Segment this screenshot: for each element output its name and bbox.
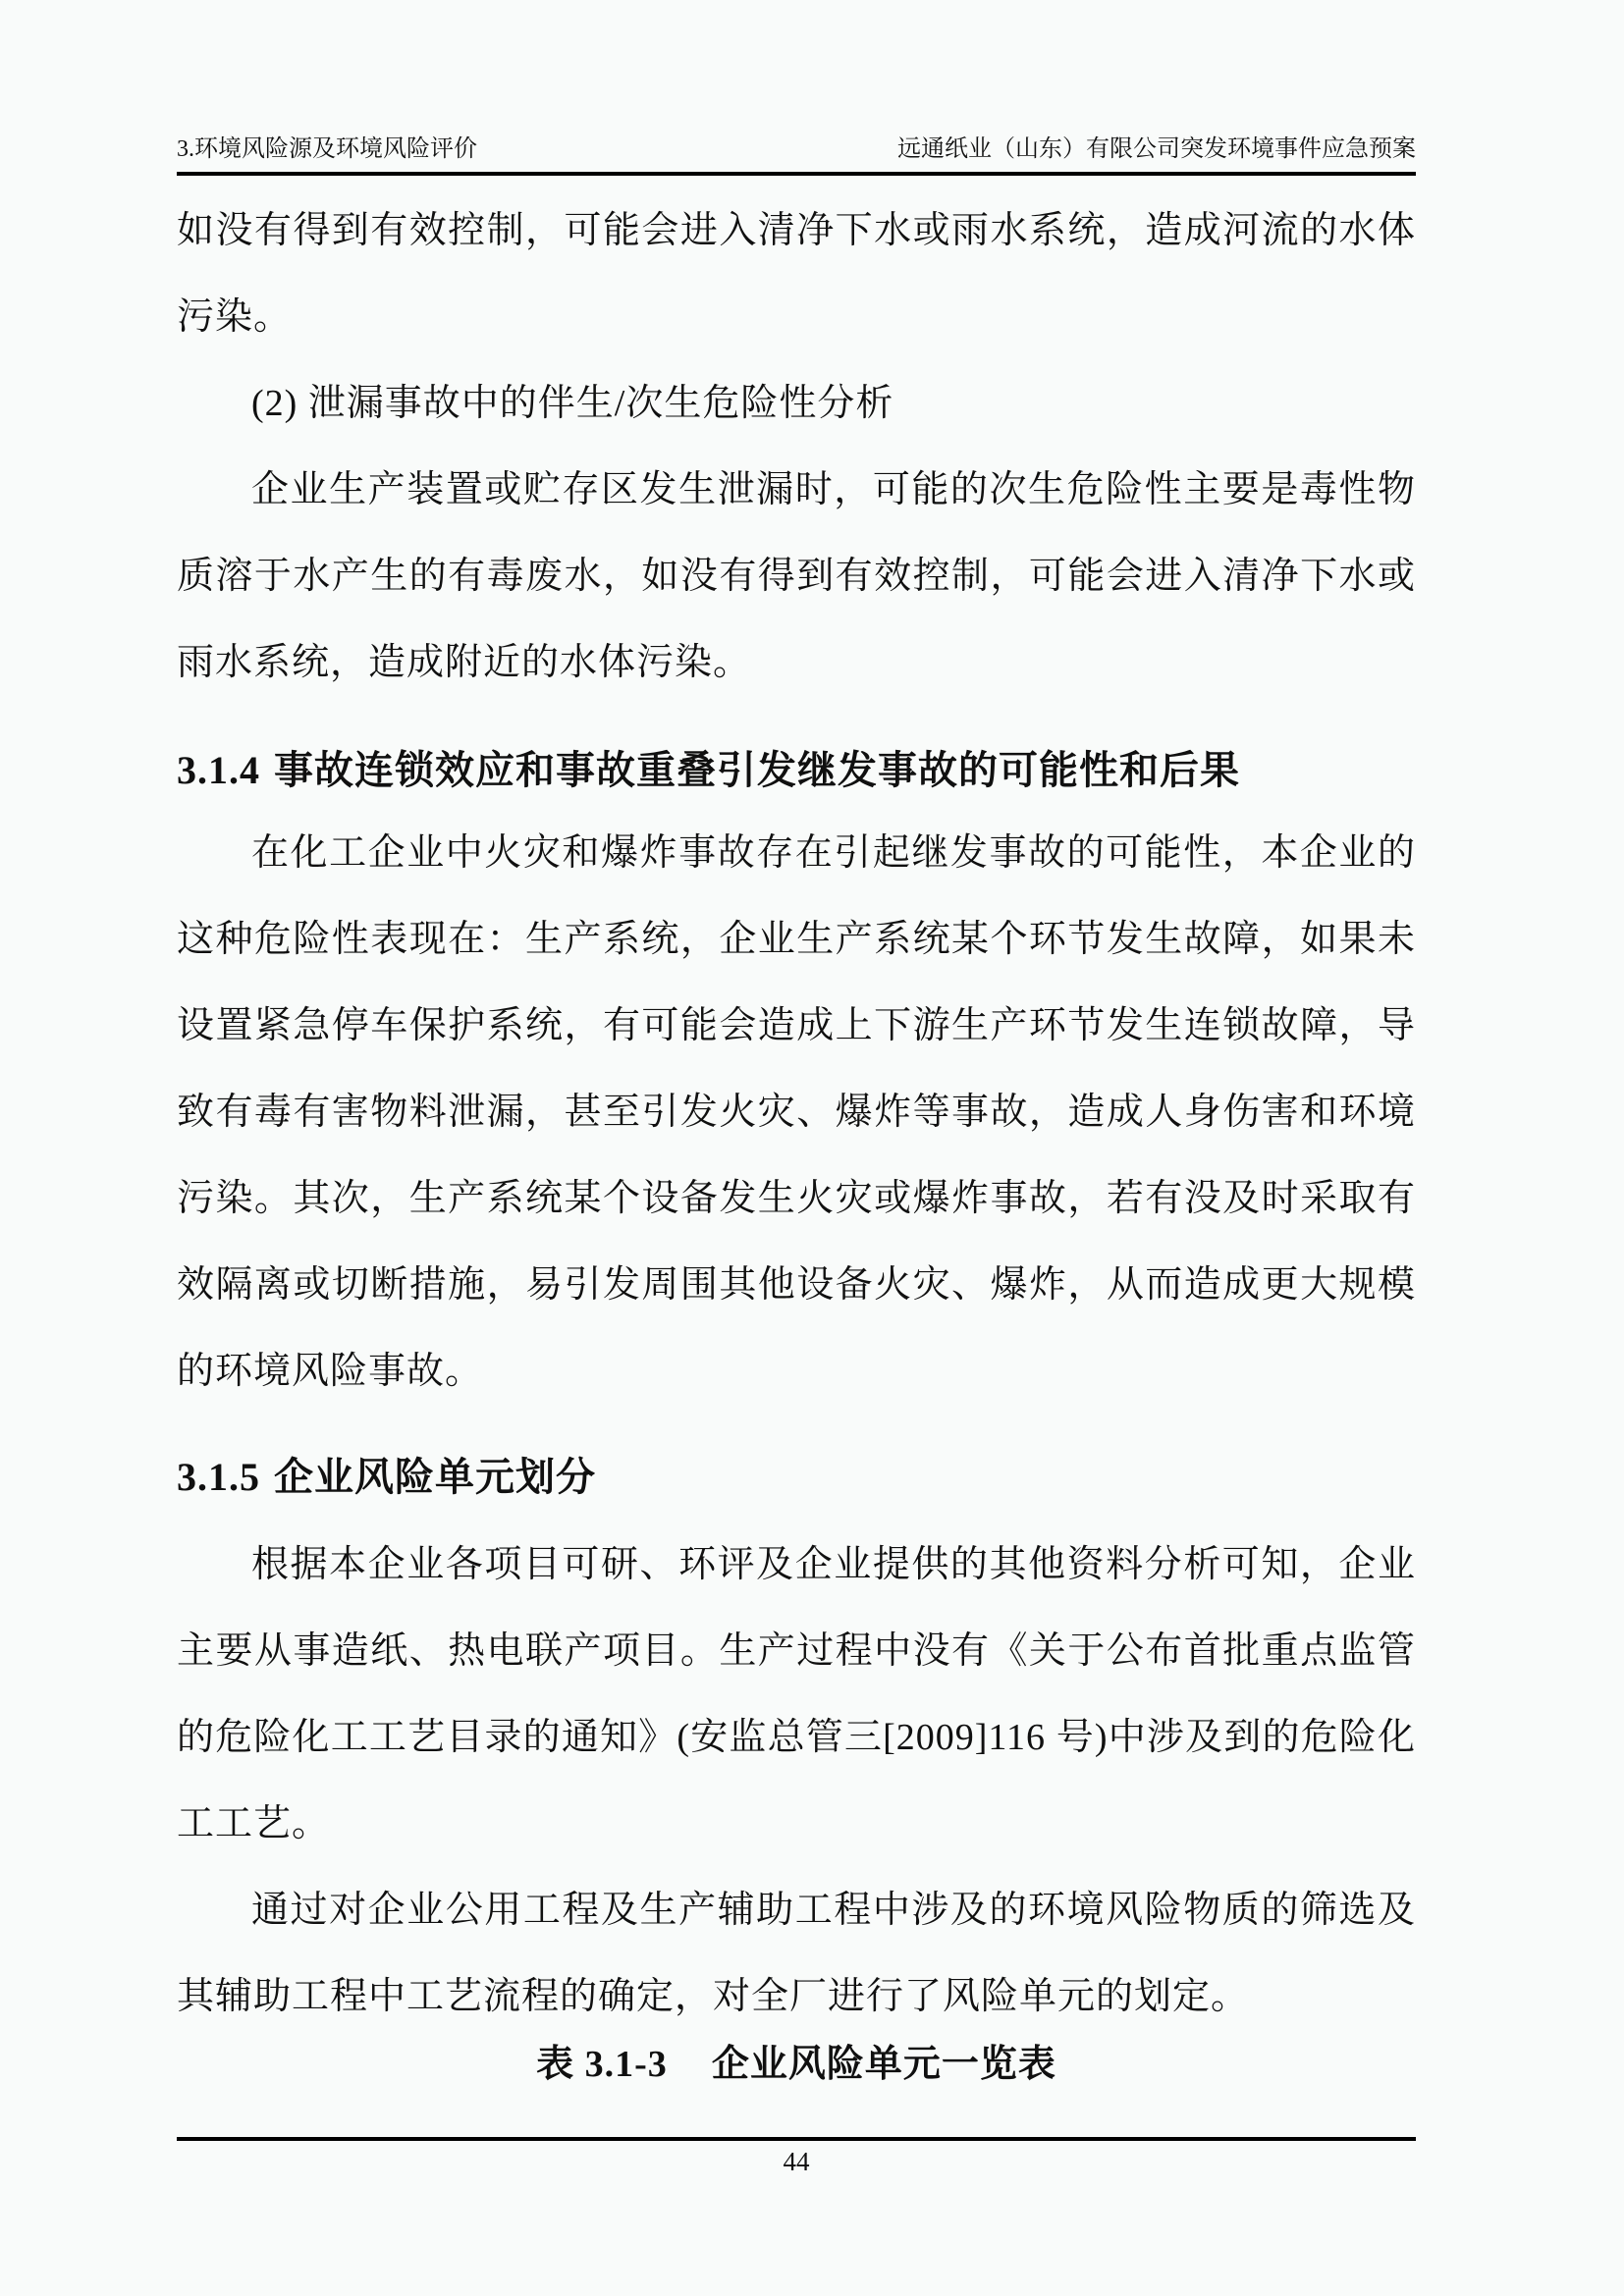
header-chapter-title: 3.环境风险源及环境风险评价 <box>177 135 477 163</box>
section-number: 3.1.4 <box>177 748 260 792</box>
section-title: 企业风险单元划分 <box>274 1455 596 1499</box>
section-number: 3.1.5 <box>177 1455 260 1499</box>
document-page: 3.环境风险源及环境风险评价 远通纸业（山东）有限公司突发环境事件应急预案 如没… <box>0 0 1624 2296</box>
paragraph-risk-unit-1: 根据本企业各项目可研、环评及企业提供的其他资料分析可知，企业主要从事造纸、热电联… <box>177 1522 1416 1867</box>
header-document-title: 远通纸业（山东）有限公司突发环境事件应急预案 <box>897 135 1416 163</box>
section-title: 事故连锁效应和事故重叠引发继发事故的可能性和后果 <box>274 748 1240 792</box>
list-item-2: (2) 泄漏事故中的伴生/次生危险性分析 <box>177 360 1416 447</box>
section-heading-3-1-5: 3.1.5企业风险单元划分 <box>177 1448 1416 1507</box>
section-heading-3-1-4: 3.1.4事故连锁效应和事故重叠引发继发事故的可能性和后果 <box>177 741 1416 800</box>
table-caption-title: 企业风险单元一览表 <box>712 2044 1056 2085</box>
page-number: 44 <box>784 2147 810 2176</box>
table-caption: 表 3.1-3企业风险单元一览表 <box>177 2040 1416 2089</box>
paragraph-chain-effect: 在化工企业中火灾和爆炸事故存在引起继发事故的可能性，本企业的这种危险性表现在：生… <box>177 810 1416 1415</box>
paragraph-leak-hazard: 企业生产装置或贮存区发生泄漏时，可能的次生危险性主要是毒性物质溶于水产生的有毒废… <box>177 447 1416 706</box>
paragraph-risk-unit-2: 通过对企业公用工程及生产辅助工程中涉及的环境风险物质的筛选及其辅助工程中工艺流程… <box>177 1867 1416 2040</box>
paragraph-continuation: 如没有得到有效控制，可能会进入清净下水或雨水系统，造成河流的水体污染。 <box>177 187 1416 360</box>
page-footer: 44 <box>177 2137 1416 2176</box>
table-caption-label: 表 3.1-3 <box>536 2044 668 2085</box>
document-body: 如没有得到有效控制，可能会进入清净下水或雨水系统，造成河流的水体污染。 (2) … <box>177 168 1416 2089</box>
